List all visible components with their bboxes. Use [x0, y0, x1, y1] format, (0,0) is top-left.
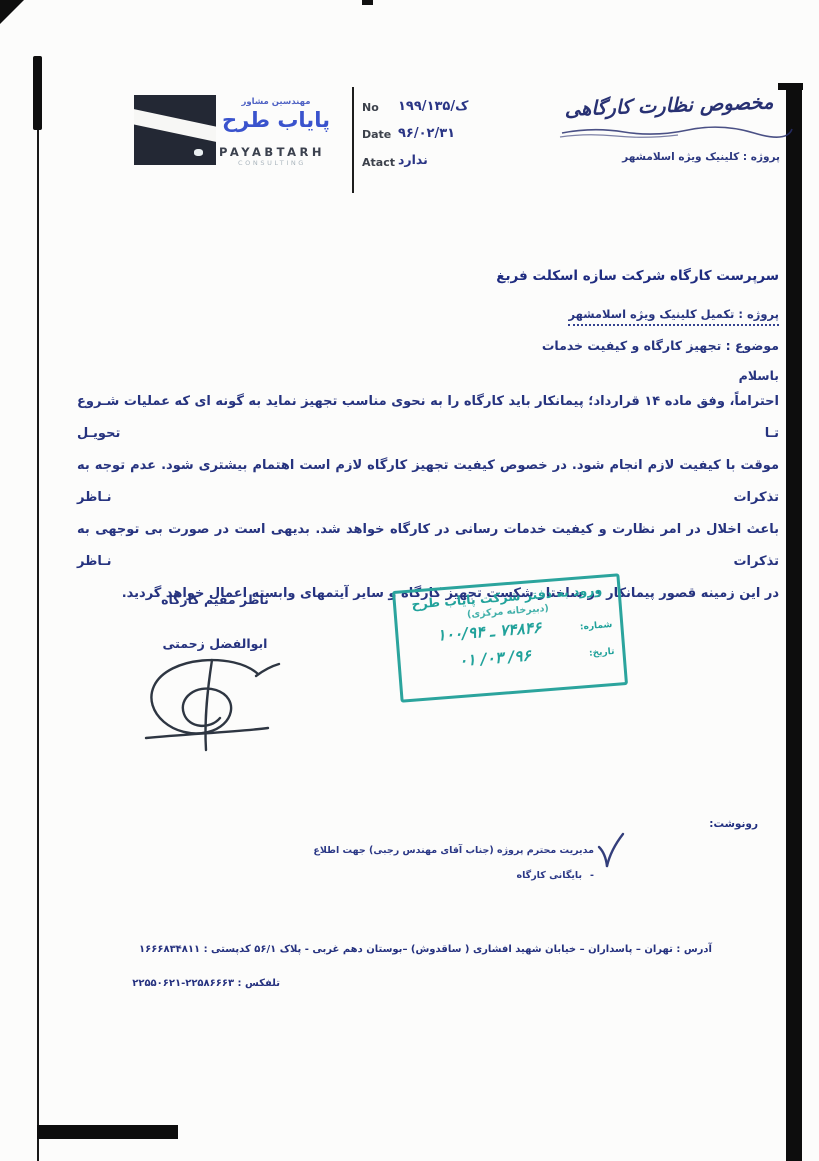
addressee-line: سرپرست کارگاه شرکت سازه اسکلت فربغ: [496, 268, 779, 284]
cc-item-archive-label: بایگانی کارگاه: [517, 870, 583, 881]
footer-telefax: تلفکس : ‪۲۲۵۵۰۶۲۱-۲۲۵۸۶۶۶۳‬: [132, 978, 280, 989]
header-project-line: پروژه : کلینیک ویژه اسلامشهر: [622, 151, 780, 163]
cc-title: رونوشت:: [709, 818, 758, 830]
header-divider-line: [352, 87, 354, 193]
logo-swoosh-shape: [134, 107, 216, 146]
handwritten-underline-squiggle: [558, 124, 796, 140]
salutation: باسلام: [739, 368, 779, 383]
footer-address: آدرس : تهران – پاسداران – خیابان شهید اف…: [90, 944, 761, 955]
field-label-attachment: Atact: [362, 156, 395, 169]
stamp-number-label: شماره:: [579, 613, 613, 639]
field-label-date: Date: [362, 128, 391, 141]
body-line-3: باعث اخلال در امر نظارت و کیفیت خدمات رس…: [77, 514, 779, 578]
handwritten-signature: [116, 646, 286, 756]
scan-right-edge-nub: [778, 83, 803, 90]
field-label-no: No: [362, 101, 379, 114]
cc-item-archive: - بایگانی کارگاه: [517, 870, 595, 881]
stamp-date-label: تاریخ:: [588, 640, 615, 666]
scan-right-edge-bar: [786, 83, 802, 1161]
logo-company-name-en: PAYABTARH: [196, 146, 348, 159]
scanned-letter-page: مهندسین مشاور پایاب طرح PAYABTARH CONSUL…: [0, 0, 819, 1161]
handwritten-checkmark: [596, 831, 626, 869]
office-entry-stamp: ورود به دفتر شرکت پایاب طرح (دبیرخانه مر…: [392, 573, 628, 703]
field-value-attachment: ندارد: [398, 152, 428, 167]
logo-persian-text: مهندسین مشاور پایاب طرح: [218, 97, 334, 133]
logo-company-subtitle: CONSULTING: [196, 159, 348, 168]
logo-latin-text: PAYABTARH CONSULTING: [196, 146, 348, 168]
field-value-date: ۹۶/۰۲/۳۱: [398, 126, 455, 141]
scan-bottom-edge-bar: [37, 1125, 178, 1139]
logo-tagline: مهندسین مشاور: [218, 97, 334, 107]
subject-line: موضوع : تجهیز کارگاه و کیفیت خدمات: [542, 338, 779, 353]
scan-corner-mark: [0, 0, 24, 24]
scan-left-edge-blob: [33, 56, 42, 130]
scan-left-edge-line: [37, 56, 39, 1161]
cc-item-project-manager: مدیریت محترم پروژه (جناب آقای مهندس رجبی…: [313, 845, 594, 856]
logo-company-name-fa: پایاب طرح: [218, 107, 334, 133]
signatory-title: ناظر مقیم کارگاه: [150, 592, 280, 607]
field-value-no: ‪۱۹۹/ک/۱۳۵‬: [398, 99, 468, 114]
letter-body: احتراماً، وفق ماده ۱۴ قرارداد؛ پیمانکار …: [77, 386, 779, 610]
project-line: پروژه : تکمیل کلینیک ویژه اسلامشهر: [568, 307, 779, 326]
body-line-2: موقت با کیفیت لازم انجام شود. در خصوص کی…: [77, 450, 779, 514]
cc-item-bullet: -: [590, 870, 594, 881]
scan-top-tick: [362, 0, 373, 5]
body-line-1: احتراماً، وفق ماده ۱۴ قرارداد؛ پیمانکار …: [77, 386, 779, 450]
handwritten-header-note: مخصوص نظارت کارگاهی: [549, 90, 790, 121]
